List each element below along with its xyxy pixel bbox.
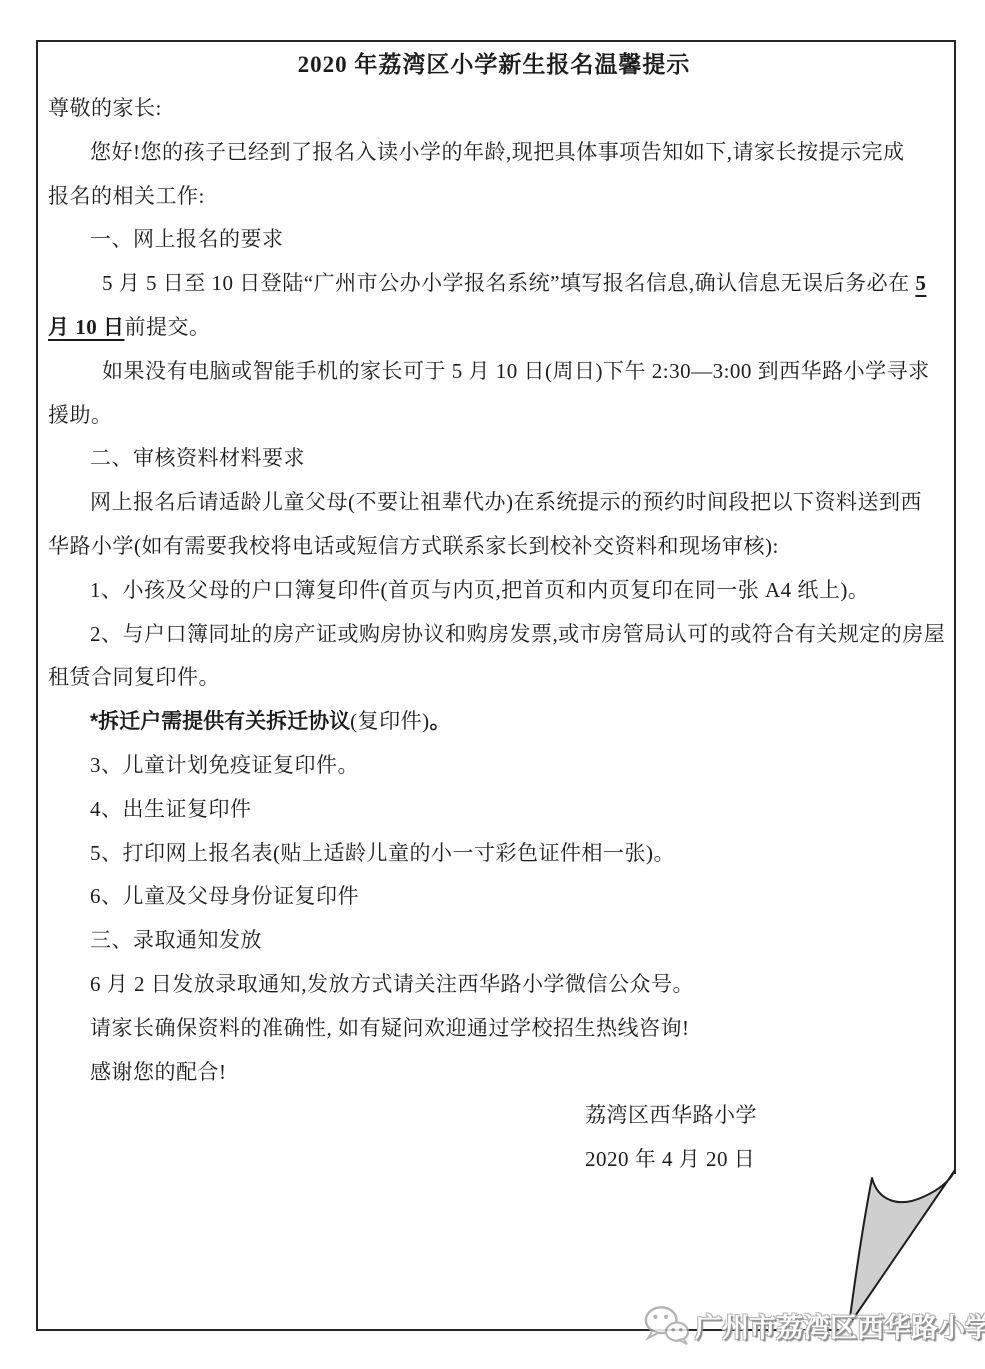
- document-content: 2020 年荔湾区小学新生报名温馨提示 尊敬的家长:您好!您的孩子已经到了报名入…: [48, 42, 940, 1182]
- doc-line: 3、儿童计划免疫证复印件。: [48, 744, 940, 788]
- doc-line: 华路小学(如有需要我校将电话或短信方式联系家长到校补交资料和现场审核):: [48, 525, 940, 569]
- doc-line-segment: 华路小学(如有需要我校将电话或短信方式联系家长到校补交资料和现场审核):: [48, 534, 779, 558]
- notice-page: 2020 年荔湾区小学新生报名温馨提示 尊敬的家长:您好!您的孩子已经到了报名入…: [0, 0, 985, 1369]
- doc-line: 尊敬的家长:: [48, 87, 940, 131]
- doc-line-segment: 援助。: [48, 403, 113, 427]
- doc-line: 5 月 5 日至 10 日登陆“广州市公办小学报名系统”填写报名信息,确认信息无…: [48, 262, 940, 306]
- doc-line: 5、打印网上报名表(贴上适龄儿童的小一寸彩色证件相一张)。: [48, 832, 940, 876]
- doc-line-segment: 前提交。: [125, 315, 211, 339]
- doc-line: 网上报名后请适龄儿童父母(不要让祖辈代办)在系统提示的预约时间段把以下资料送到西: [48, 481, 940, 525]
- doc-line: 6、儿童及父母身份证复印件: [48, 875, 940, 919]
- doc-line-segment: 月 10 日: [48, 315, 125, 339]
- doc-line: 二、审核资料材料要求: [48, 437, 940, 481]
- doc-line: 感谢您的配合!: [48, 1051, 940, 1095]
- doc-line: 2020 年 4 月 20 日: [48, 1138, 940, 1182]
- doc-line-segment: 二、审核资料材料要求: [90, 446, 305, 470]
- doc-line-segment: 报名的相关工作:: [48, 184, 205, 208]
- doc-line-segment: 租赁合同复印件。: [48, 665, 220, 689]
- doc-line-segment: *拆迁户需提供有关拆迁协议: [90, 710, 350, 733]
- doc-line-segment: 网上报名后请适龄儿童父母(不要让祖辈代办)在系统提示的预约时间段把以下资料送到西: [90, 490, 922, 514]
- doc-line-segment: 5: [915, 271, 926, 295]
- watermark-text: 广州市荔湾区西华路小学: [695, 1306, 985, 1345]
- doc-line: 租赁合同复印件。: [48, 656, 940, 700]
- doc-line-segment: 6、儿童及父母身份证复印件: [90, 884, 359, 908]
- doc-line: 一、网上报名的要求: [48, 218, 940, 262]
- doc-line: 2、与户口簿同址的房产证或购房协议和购房发票,或市房管局认可的或符合有关规定的房…: [48, 613, 940, 657]
- doc-line-segment: 5 月 5 日至 10 日登陆“广州市公办小学报名系统”填写报名信息,确认信息无…: [102, 271, 915, 295]
- doc-line: 月 10 日前提交。: [48, 306, 940, 350]
- doc-line-segment: 1、小孩及父母的户口簿复印件(首页与内页,把首页和内页复印在同一张 A4 纸上)…: [90, 578, 869, 602]
- doc-line: 6 月 2 日发放录取通知,发放方式请关注西华路小学微信公众号。: [48, 963, 940, 1007]
- doc-line: 如果没有电脑或智能手机的家长可于 5 月 10 日(周日)下午 2:30—3:0…: [48, 350, 940, 394]
- doc-line: 荔湾区西华路小学: [48, 1094, 940, 1138]
- footer-watermark: 广州市荔湾区西华路小学: [642, 1303, 985, 1347]
- document-body: 尊敬的家长:您好!您的孩子已经到了报名入读小学的年龄,现把具体事项告知如下,请家…: [48, 87, 940, 1182]
- doc-line-segment: 请家长确保资料的准确性, 如有疑问欢迎通过学校招生热线咨询!: [90, 1016, 690, 1040]
- page-title: 2020 年荔湾区小学新生报名温馨提示: [48, 42, 940, 87]
- doc-line-segment: 2、与户口簿同址的房产证或购房协议和购房发票,或市房管局认可的或符合有关规定的房…: [90, 622, 945, 646]
- doc-line: *拆迁户需提供有关拆迁协议(复印件)。: [48, 700, 940, 744]
- doc-line: 报名的相关工作:: [48, 175, 940, 219]
- doc-line: 4、出生证复印件: [48, 788, 940, 832]
- doc-line-segment: 6 月 2 日发放录取通知,发放方式请关注西华路小学微信公众号。: [90, 972, 694, 996]
- doc-line: 您好!您的孩子已经到了报名入读小学的年龄,现把具体事项告知如下,请家长按提示完成: [48, 131, 940, 175]
- doc-line-segment: 5、打印网上报名表(贴上适龄儿童的小一寸彩色证件相一张)。: [90, 841, 675, 865]
- doc-line-segment: 感谢您的配合!: [90, 1060, 227, 1084]
- doc-line: 1、小孩及父母的户口簿复印件(首页与内页,把首页和内页复印在同一张 A4 纸上)…: [48, 569, 940, 613]
- doc-line: 援助。: [48, 394, 940, 438]
- doc-line: 请家长确保资料的准确性, 如有疑问欢迎通过学校招生热线咨询!: [48, 1007, 940, 1051]
- doc-line-segment: 一、网上报名的要求: [90, 227, 284, 251]
- doc-line-segment: 2020 年 4 月 20 日: [585, 1147, 755, 1171]
- doc-line-segment: 三、录取通知发放: [90, 928, 262, 952]
- doc-line-segment: 4、出生证复印件: [90, 797, 252, 821]
- doc-line-segment: (复印件): [350, 709, 430, 733]
- doc-line: 三、录取通知发放: [48, 919, 940, 963]
- doc-line-segment: 如果没有电脑或智能手机的家长可于 5 月 10 日(周日)下午 2:30—3:0…: [102, 359, 930, 383]
- doc-line-segment: 您好!您的孩子已经到了报名入读小学的年龄,现把具体事项告知如下,请家长按提示完成: [90, 140, 905, 164]
- doc-line-segment: 尊敬的家长:: [48, 96, 162, 120]
- wechat-icon: [642, 1303, 690, 1347]
- doc-line-segment: 荔湾区西华路小学: [585, 1103, 757, 1127]
- doc-line-segment: 。: [430, 710, 451, 733]
- doc-line-segment: 3、儿童计划免疫证复印件。: [90, 753, 359, 777]
